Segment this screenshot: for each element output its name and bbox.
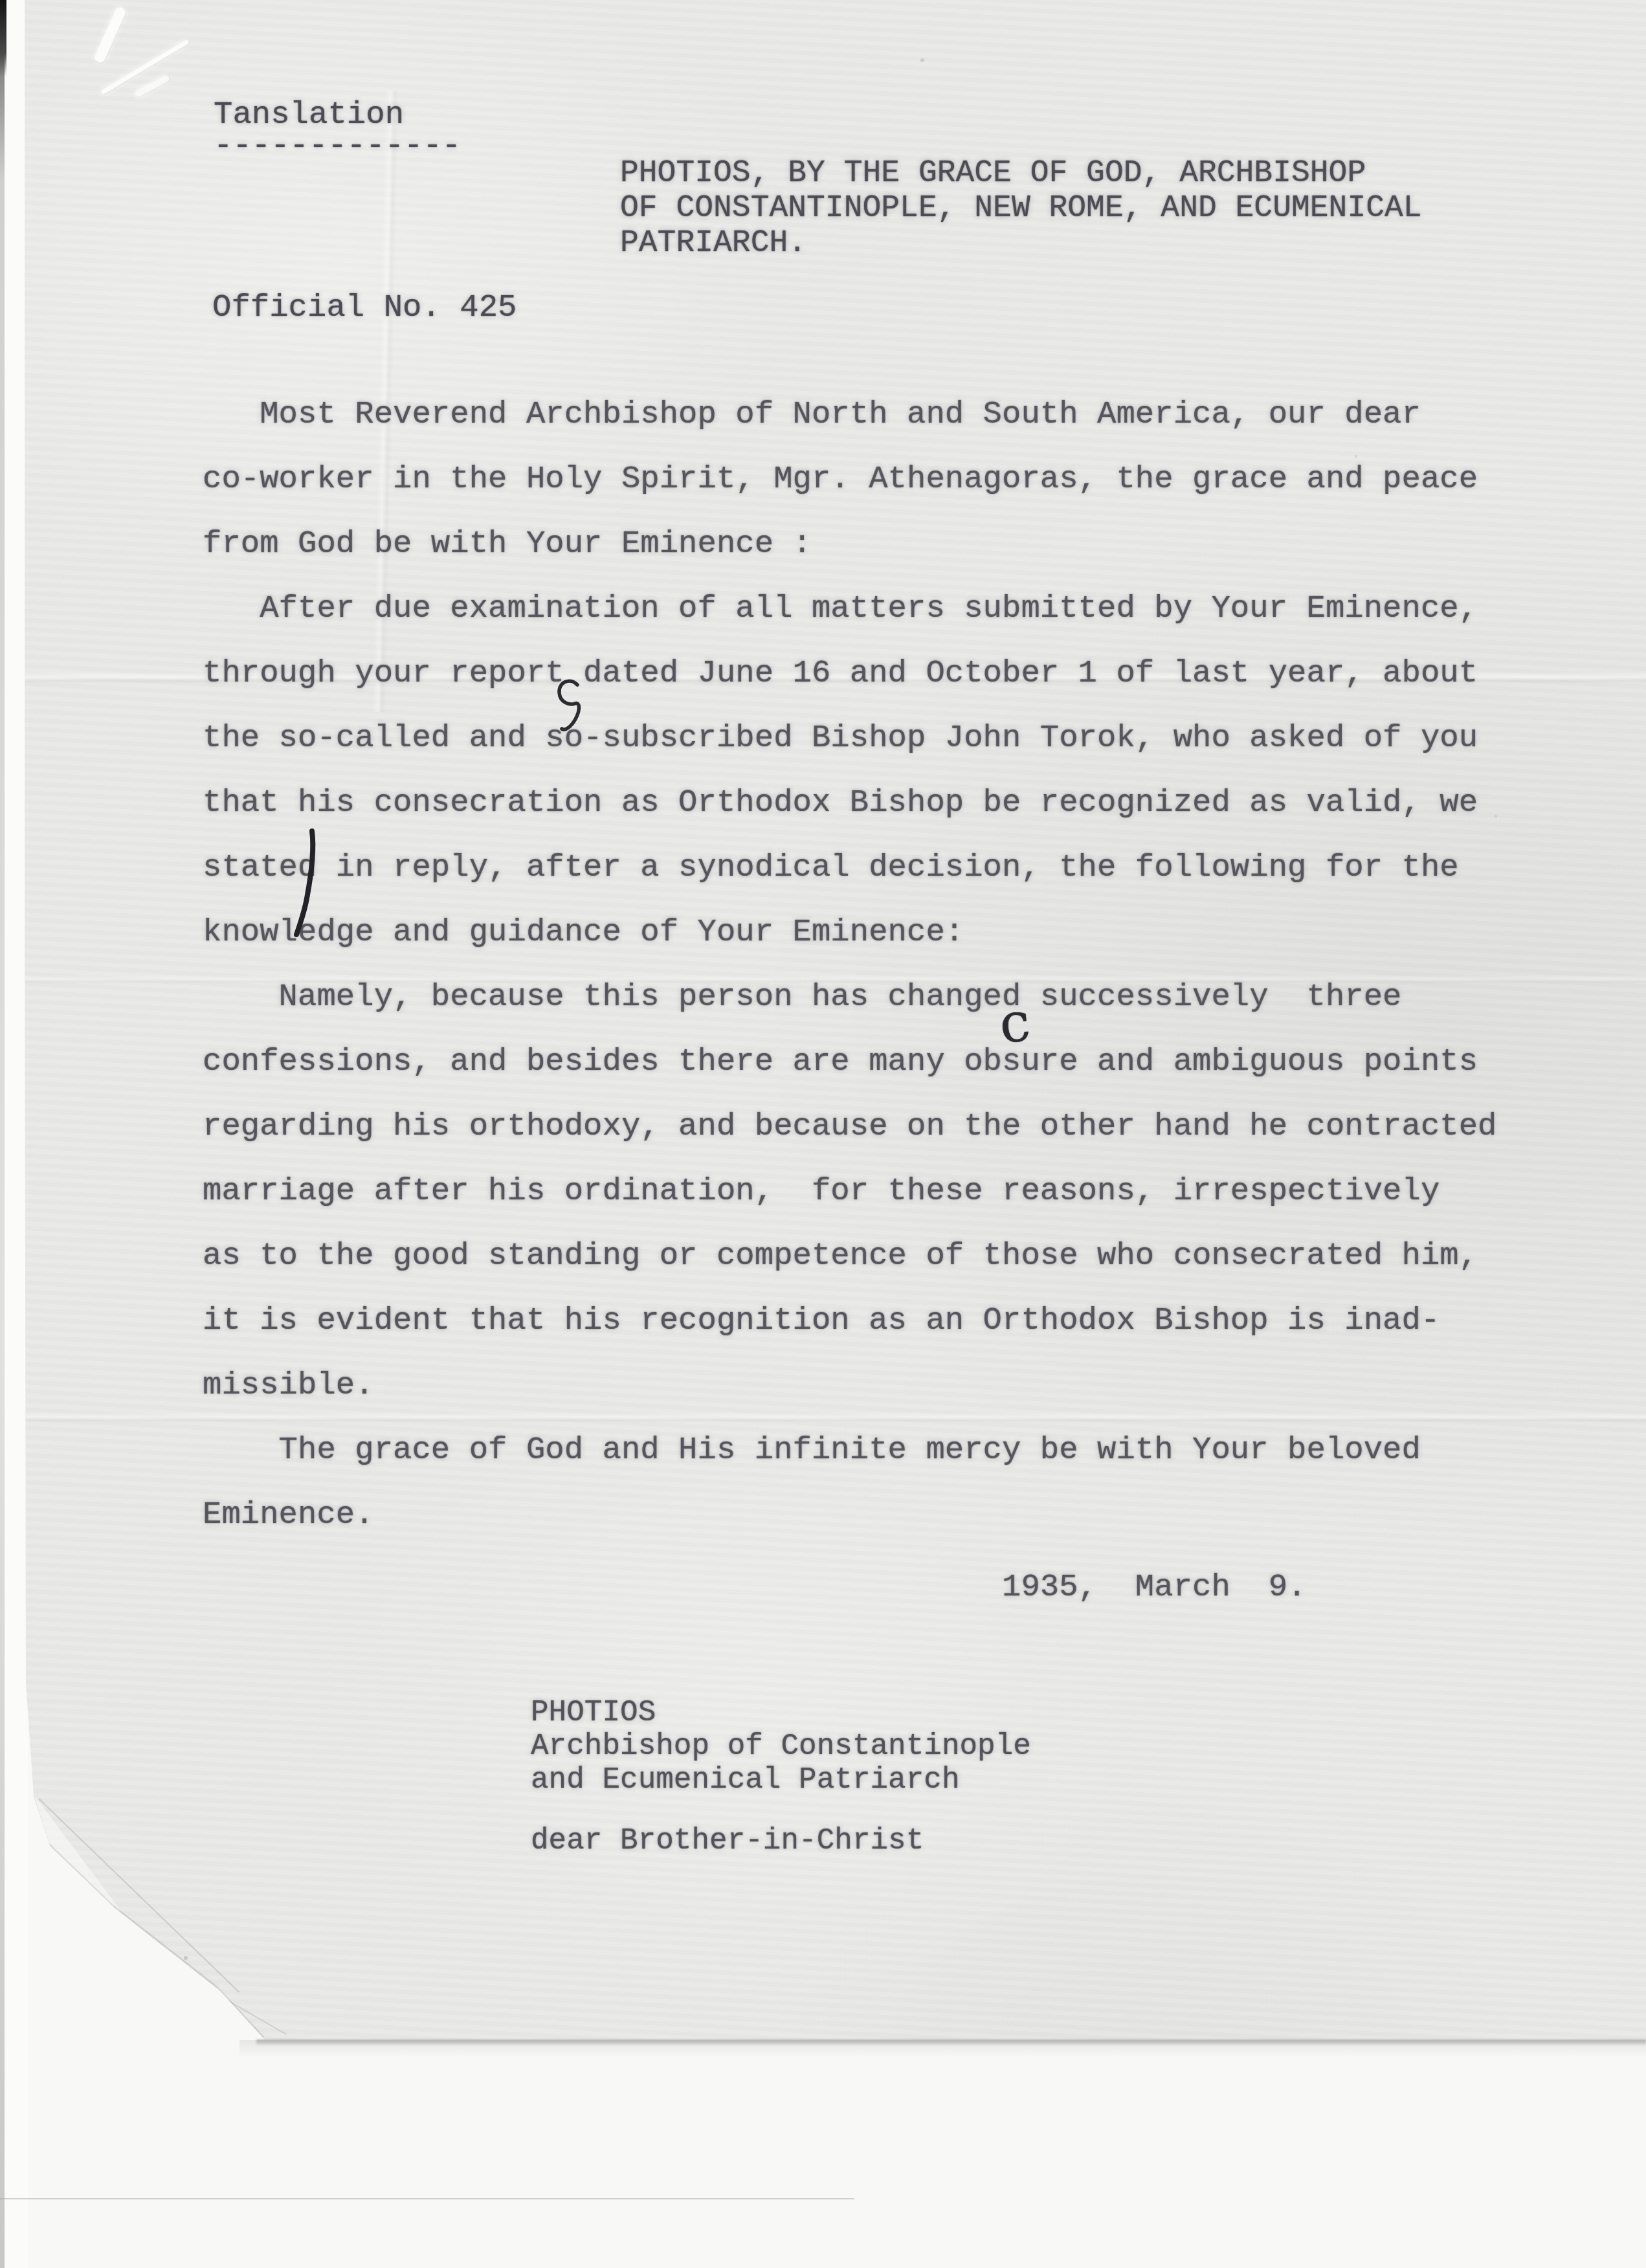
pen-stroke-mark xyxy=(290,827,324,939)
text-line: and Ecumenical Patriarch xyxy=(531,1763,1031,1797)
letter-date: 1935, March 9. xyxy=(1002,1569,1306,1605)
paper-glare-mark xyxy=(134,74,170,98)
letter-paper: Tanslation ------------- PHOTIOS, BY THE… xyxy=(0,0,1646,2268)
text-line: PHOTIOS, BY THE GRACE OF GOD, ARCHBISHOP xyxy=(620,156,1422,191)
text-line: as to the good standing or competence of… xyxy=(203,1223,1497,1288)
paper-glare-mark xyxy=(93,6,127,65)
scan-left-edge-dark xyxy=(0,0,6,76)
text-line: Archbishop of Constantinople xyxy=(531,1729,1031,1763)
text-line: confessions, and besides there are many … xyxy=(203,1029,1497,1094)
text-line: through your report dated June 16 and Oc… xyxy=(203,641,1497,706)
text-line: The grace of God and His infinite mercy … xyxy=(203,1417,1497,1482)
text-line: from God be with Your Eminence : xyxy=(203,511,1497,576)
text-line: PHOTIOS xyxy=(531,1696,1031,1729)
corner-edge-shadow xyxy=(113,1906,219,1989)
letterhead-block: PHOTIOS, BY THE GRACE OF GOD, ARCHBISHOP… xyxy=(620,156,1422,261)
text-line: Eminence. xyxy=(203,1482,1497,1547)
scanned-letter-page: Tanslation ------------- PHOTIOS, BY THE… xyxy=(0,0,1646,2268)
text-line: knowledge and guidance of Your Eminence: xyxy=(203,900,1497,964)
text-line: After due examination of all matters sub… xyxy=(203,576,1497,641)
text-line: Namely, because this person has changed … xyxy=(203,964,1497,1029)
corner-crease-line xyxy=(62,1904,287,2035)
text-line: marriage after his ordination, for these… xyxy=(203,1159,1497,1223)
text-line: stated in reply, after a synodical decis… xyxy=(203,835,1497,900)
folded-corner-facet xyxy=(26,1793,136,1951)
paper-bottom-shadow xyxy=(256,2040,1646,2046)
signature-block: PHOTIOSArchbishop of Constantinopleand E… xyxy=(531,1696,1031,1797)
corner-crease-line xyxy=(38,1798,239,1992)
backing-crease-line xyxy=(0,2198,854,2199)
text-line: it is evident that his recognition as an… xyxy=(203,1288,1497,1353)
official-number: Official No. 425 xyxy=(212,289,517,326)
text-line: PATRIARCH. xyxy=(620,226,1422,261)
handwritten-s-mark xyxy=(553,677,584,739)
closing-note: dear Brother-in-Christ xyxy=(531,1824,924,1858)
scan-left-edge-line xyxy=(0,0,5,2268)
handwritten-c-mark: c xyxy=(997,994,1033,1051)
text-line: missible. xyxy=(203,1353,1497,1417)
corner-edge-shadow xyxy=(218,1988,265,2038)
text-line: the so-called and so-subscribed Bishop J… xyxy=(203,706,1497,770)
text-line: OF CONSTANTINOPLE, NEW ROME, AND ECUMENI… xyxy=(620,191,1422,226)
letter-body: Most Reverend Archbishop of North and So… xyxy=(203,382,1497,1547)
text-line: Most Reverend Archbishop of North and So… xyxy=(203,382,1497,447)
text-line: regarding his orthodoxy, and because on … xyxy=(203,1094,1497,1159)
text-line: that his consecration as Orthodox Bishop… xyxy=(203,770,1497,835)
translation-underline: ------------- xyxy=(214,127,461,164)
text-line: co-worker in the Holy Spirit, Mgr. Athen… xyxy=(203,447,1497,511)
